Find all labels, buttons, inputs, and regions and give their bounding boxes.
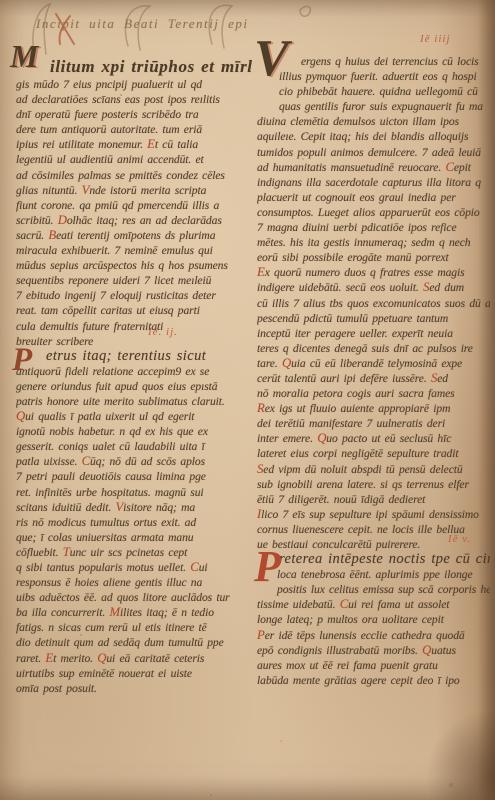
manuscript-line: glias nituntū. Vnde istorū merita script… xyxy=(16,183,254,198)
manuscript-line: epō condignis illustrabatū moribs. Quatu… xyxy=(257,643,490,658)
manuscript-line: dere tum antiquorū autoritate. tum eriā xyxy=(16,122,254,137)
manuscript-line: patla uixisse. Cūq; nō dū ad scōs aplos xyxy=(16,454,254,469)
rubricated-letter: Q xyxy=(317,431,326,445)
rubricated-letter: C xyxy=(82,454,90,468)
ink-text: que; ī colas uniuersitas armata manu xyxy=(16,531,193,544)
rubricated-letter: T xyxy=(63,545,70,559)
manuscript-line: tissime uidebatū. Cui rei fama ut assole… xyxy=(257,597,490,612)
rubricated-letter: P xyxy=(257,628,265,642)
ink-text: dnī operatū fuere posteris scribēdo tra xyxy=(16,108,199,121)
ink-text: inter emere. xyxy=(257,432,317,445)
ink-text: indigere uidebātū. secū eos uoluit. xyxy=(257,281,423,294)
manuscript-line: Qui qualis ī patla uixerit ul qd egerit xyxy=(16,409,254,424)
ink-text: isitore nāq; ma xyxy=(123,501,195,514)
ink-text: genere oriundus fuit apud quos eius epıs… xyxy=(16,380,217,393)
ink-text: responsus ē hoies aliene gentis illuc na xyxy=(16,576,202,589)
rubricated-letter: D xyxy=(58,213,67,227)
ink-text: ilitum xpi triūphos et mīrl xyxy=(50,57,253,76)
ink-text: ui rei fama ut assolet xyxy=(348,598,449,611)
ink-text: t cū talia xyxy=(155,138,198,151)
ink-text: ed xyxy=(437,372,448,385)
ink-text: ui eā caritatē ceteris xyxy=(106,652,204,665)
manuscript-line: sequentibs reponere uideri 7 licet meıle… xyxy=(16,273,254,288)
manuscript-line: patris honore uite merito sublimatus cla… xyxy=(16,394,254,409)
ink-text: longe lateq; p multos ora uolitare cepit xyxy=(257,613,444,626)
ink-text: patla uixisse. xyxy=(16,455,82,468)
ink-text: omīa post posuit. xyxy=(16,682,97,695)
manuscript-line: sacrū. Beati terentij omīpotens ds pluri… xyxy=(16,228,254,243)
manuscript-line: raret. Et merito. Qui eā caritatē ceteri… xyxy=(16,651,254,666)
ink-text: scribitū. xyxy=(16,214,58,227)
ink-text: sacrū. xyxy=(16,229,48,242)
manuscript-line: ergens q huius dei terrencius cū locis xyxy=(257,54,490,69)
manuscript-line: genere oriundus fuit apud quos eius epıs… xyxy=(16,379,254,394)
ink-text: cerūt talentū auri ipi defēre iussēre. xyxy=(257,372,431,385)
manuscript-line: Sed vipm dū noluit abspdi tū pensū delec… xyxy=(257,462,490,477)
manuscript-line: q sibi tantus popularis motus uellet. Cu… xyxy=(16,560,254,575)
manuscript-line: aures mox ut ēē rei fama puenit gratu xyxy=(257,658,490,673)
ink-text: dio detinuit qum ad sedāq dum tumultū pp… xyxy=(16,636,224,649)
ink-text: diuina clemētia demulsos uicton illam ip… xyxy=(257,115,459,128)
manuscript-line: uirtutibs sup eminētē nouerat ei uiste xyxy=(16,666,254,681)
manuscript-line: dio detinuit qum ad sedāq dum tumultū pp… xyxy=(16,635,254,650)
ink-text: mētes. his ita gestis innumeraq; sedm q … xyxy=(257,236,470,249)
ink-text: quas gentilis furor suis expugnauerit fu… xyxy=(279,100,483,113)
ink-text: olhāc itaq; res an ad declarādas xyxy=(67,214,222,227)
manuscript-line: ret. infinitēs urbe hospitatus. magnū su… xyxy=(16,485,254,500)
manuscript-line: illius pymquor fuerit. aduertit eos q ho… xyxy=(257,69,490,84)
manuscript-line: ad cōsimiles palmas se pmittēs condez cē… xyxy=(16,168,254,183)
manuscript-line: diuina clemētia demulsos uicton illam ip… xyxy=(257,114,490,129)
rubricated-letter: C xyxy=(190,560,198,574)
manuscript-line: ris nō modicus tumultus ortus exit. ad xyxy=(16,515,254,530)
ink-text: ad declaratiōes scīans eas post ipos reı… xyxy=(16,93,220,106)
chapter-number-rubric: Iē. ij. xyxy=(148,326,178,338)
manuscript-line: etrus itaq; terentius sicut xyxy=(16,349,254,364)
ink-text: indignans illa sacerdotale capturus illa… xyxy=(257,176,481,189)
ink-text: ret. infinitēs urbe hospitatus. magnū su… xyxy=(16,486,204,499)
manuscript-line: Rex igs ut fluuio auiente appropiarē ipm xyxy=(257,401,490,416)
ink-text: aquileıe. Cepit itaq; his dei blandis al… xyxy=(257,130,468,143)
header-rubric: Incipit uita Beati Terentij epi xyxy=(36,16,266,32)
manuscript-line: lateret eius corpi negligētē sepulture t… xyxy=(257,446,490,461)
rubricated-letter: R xyxy=(257,401,265,415)
manuscript-line: longe lateq; p multos ora uolitare cepit xyxy=(257,612,490,627)
ink-text: labūda mente grātias agere cepit deo ī i… xyxy=(257,674,460,687)
ink-text: legentiū ul audientiū animi accendūt. et xyxy=(16,153,204,166)
ink-text: epō condignis illustrabatū moribs. xyxy=(257,644,422,657)
rubricated-letter: C xyxy=(445,160,453,174)
ink-text: mūdus sepius arcūspectos his q hos psume… xyxy=(16,259,228,272)
manuscript-line: ipius rei utilitate monemur. Et cū talia xyxy=(16,137,254,152)
manuscript-line: indigere uidebātū. secū eos uoluit. Sed … xyxy=(257,280,490,295)
ink-text: uirtutibs sup eminētē nouerat ei uiste xyxy=(16,667,192,680)
manuscript-line: que; ī colas uniuersitas armata manu xyxy=(16,530,254,545)
chapter-number-rubric: Iē v. xyxy=(448,533,471,545)
manuscript-line: scribitū. Dolhāc itaq; res an ad declarā… xyxy=(16,213,254,228)
ink-text: teres q dicentes denegā suis dnī ac puls… xyxy=(257,342,473,355)
manuscript-line: ad humanitatis mansuetudinē reuocare. Ce… xyxy=(257,160,490,175)
ink-text: uia cū eū liberandē telymosinā expe xyxy=(291,357,462,370)
left-column-text: ilitum xpi triūphos et mīrlgis mūdo 7 ei… xyxy=(16,56,254,704)
initial-letter: M xyxy=(10,38,38,74)
manuscript-line: reat. tam cōpellit caritas ut eiusq part… xyxy=(16,303,254,318)
initial-v-vergens: VV xyxy=(254,33,289,85)
ink-text: ad humanitatis mansuetudinē reuocare. xyxy=(257,161,445,174)
ink-text: reat. tam cōpellit caritas ut eiusq part… xyxy=(16,304,200,317)
manuscript-line: tare. Quia cū eū liberandē telymosinā ex… xyxy=(257,356,490,371)
rubricated-letter: Q xyxy=(16,409,25,423)
initial-p-petrus: P xyxy=(12,344,32,377)
ink-text: miracula exhibuerit. 7 neminē emulus qui xyxy=(16,244,213,257)
rubricated-letter: E xyxy=(45,651,53,665)
manuscript-line: placuerit ut cognouit eos graui inedia p… xyxy=(257,190,490,205)
manuscript-line: consumptos. Lueget alios apparuerūt eos … xyxy=(257,205,490,220)
manuscript-line: quas gentilis furor suis expugnauerit fu… xyxy=(257,99,490,114)
manuscript-line: inter emere. Quo pacto ut eū seclusū hīc xyxy=(257,431,490,446)
manuscript-line: responsus ē hoies aliene gentis illuc na xyxy=(16,575,254,590)
manuscript-line: pescendū pdictū tumulū ppetuare tantum xyxy=(257,311,490,326)
initial-letter: P xyxy=(254,542,281,591)
ink-text: dere tum antiquorū autoritate. tum eriā xyxy=(16,123,202,136)
ink-text: uibs aduēctos ēē. ad quos litore auclādo… xyxy=(16,591,230,604)
ink-text: nde istorū merita scripta xyxy=(89,184,206,197)
manuscript-line: breuiter scribere xyxy=(16,334,254,349)
ink-text: 7 magna diuini uerbi pdicatiōe ipos refi… xyxy=(257,221,457,234)
manuscript-line: ētiū 7 diligerēt. nouū īdigā dedieret xyxy=(257,492,490,507)
ink-text: epit xyxy=(454,161,471,174)
manuscript-line: miracula exhibuerit. 7 neminē emulus qui xyxy=(16,243,254,258)
ink-text: eorū sibi possibile erogāte manū porrext xyxy=(257,251,449,264)
ink-text: q sibi tantus popularis motus uellet. xyxy=(16,561,190,574)
ink-text: uatus xyxy=(431,644,456,657)
manuscript-line: ad declaratiōes scīans eas post ipos reı… xyxy=(16,92,254,107)
ink-text: aures mox ut ēē rei fama puenit gratu xyxy=(257,659,438,672)
manuscript-line: gis mūdo 7 eius pncipij pualuerit ul qd xyxy=(16,77,254,92)
manuscript-line: 7 magna diuini uerbi pdicatiōe ipos refi… xyxy=(257,220,490,235)
ink-text: 7 ebitudo ingenij 7 eloquij rusticitas d… xyxy=(16,289,216,302)
manuscript-line: tumidos populi animos demulcere. 7 adeā … xyxy=(257,145,490,160)
ink-text: lico 7 eīs sup sepulture ipi spāumi dens… xyxy=(261,508,479,521)
manuscript-line: fatigs. n sicas cum rerū ul etis itinere… xyxy=(16,620,254,635)
manuscript-line: aquileıe. Cepit itaq; his dei blandis al… xyxy=(257,129,490,144)
ink-text: cornus liuenescere cepit. ne locis ille … xyxy=(257,523,465,536)
ink-text: positis lux celitus emissa sup scā corpo… xyxy=(277,583,490,596)
ink-text: placuerit ut cognouit eos graui inedia p… xyxy=(257,191,456,204)
ink-text: ipius rei utilitate monemur. xyxy=(16,138,147,151)
ink-text: x quorū numero duos q fratres esse magis xyxy=(265,266,465,279)
ink-text: ba illa concurrerit. xyxy=(16,606,109,619)
ink-text: tare. xyxy=(257,357,282,370)
initial-m-militum: MM xyxy=(10,40,38,72)
rubricated-letter: C xyxy=(340,597,348,611)
ink-text: ui qualis ī patla uixerit ul qd egerit xyxy=(25,410,194,423)
manuscript-line: Ex quorū numero duos q fratres esse magi… xyxy=(257,265,490,280)
ink-text: fiunt corone. qa pmiū qd pmercendū illis… xyxy=(16,199,219,212)
manuscript-line: reterea intēpeste noctis tpe cū circa xyxy=(257,552,490,567)
initial-letter: P xyxy=(12,342,32,378)
ink-speck xyxy=(120,94,122,96)
ink-text: er idē tēps lunensis ecclie cathedra quo… xyxy=(265,629,465,642)
manuscript-line: cio phibebāt hauere. quidna uellegomū cū xyxy=(257,84,490,99)
ink-text: cū illis 7 alius tbs quos excomunicatos … xyxy=(257,297,490,310)
ink-text: eati terentij omīpotens ds plurima xyxy=(56,229,215,242)
rubricated-letter: M xyxy=(109,605,120,619)
ink-text: gesserit. coniqs ualet cū laudabili uita… xyxy=(16,440,205,453)
ink-text: raret. xyxy=(16,652,45,665)
manuscript-line: dei terētiū manifestare 7 uulneratis der… xyxy=(257,416,490,431)
manuscript-line: antiquorū fideli relatione accepim9 ex s… xyxy=(16,364,254,379)
ink-text: cio phibebāt hauere. quidna uellegomū cū xyxy=(279,85,478,98)
ink-text: 7 petri pauli deuotiōis causa limina pge xyxy=(16,470,206,483)
rubricated-letter: E xyxy=(147,137,155,151)
ink-text: patris honore uite merito sublimatus cla… xyxy=(16,395,225,408)
chapter-number-rubric: Iē iiij xyxy=(420,33,451,45)
ink-text: fatigs. n sicas cum rerū ul etis itinere… xyxy=(16,621,207,634)
right-column-text: ergens q huius dei terrencius cū locisil… xyxy=(257,54,490,696)
manuscript-line: omīa post posuit. xyxy=(16,681,254,696)
ink-text: ētiū 7 diligerēt. nouū īdigā dedieret xyxy=(257,493,425,506)
manuscript-line: cū illis 7 alius tbs quos excomunicatos … xyxy=(257,296,490,311)
ink-text: sequentibs reponere uideri 7 licet meıle… xyxy=(16,274,211,287)
rubricated-letter: Q xyxy=(97,651,106,665)
rubricated-letter: E xyxy=(257,265,265,279)
manuscript-line: labūda mente grātias agere cepit deo ī i… xyxy=(257,673,490,688)
initial-letter: V xyxy=(254,30,289,87)
ink-text: tumidos populi animos demulcere. 7 adeā … xyxy=(257,146,481,159)
ink-text: loca tenebrosa ēēnt. aplurimis ppe ilong… xyxy=(277,568,473,581)
manuscript-line: indignans illa sacerdotale capturus illa… xyxy=(257,175,490,190)
manuscript-line: positis lux celitus emissa sup scā corpo… xyxy=(257,582,490,597)
ink-text: gis mūdo 7 eius pncipij pualuerit ul qd xyxy=(16,78,202,91)
manuscript-line: sub ignobili arena latere. si qs terrenu… xyxy=(257,477,490,492)
ink-text: lateret eius corpi negligētē sepulture t… xyxy=(257,447,458,460)
manuscript-line: cōfluebit. Tunc uir scs pcinetas cept xyxy=(16,545,254,560)
ink-text: scitans iduitiū dedit. xyxy=(16,501,115,514)
rubricated-letter: Q xyxy=(282,356,291,370)
manuscript-line: fiunt corone. qa pmiū qd pmercendū illis… xyxy=(16,198,254,213)
manuscript-line: gesserit. coniqs ualet cū laudabili uita… xyxy=(16,439,254,454)
manuscript-line: dnī operatū fuere posteris scribēdo tra xyxy=(16,107,254,122)
manuscript-line: scitans iduitiū dedit. Visitore nāq; ma xyxy=(16,500,254,515)
ink-text: illius pymquor fuerit. aduertit eos q ho… xyxy=(279,70,477,83)
ink-text: ris nō modicus tumultus ortus exit. ad xyxy=(16,516,196,529)
ink-text: antiquorū fideli relatione accepim9 ex s… xyxy=(16,365,209,378)
initial-p-preterea: P xyxy=(254,545,281,589)
ink-text: ed vipm dū noluit abspdi tū pensū delect… xyxy=(263,463,462,476)
ink-text: glias nituntū. xyxy=(16,184,82,197)
ink-text: ui xyxy=(199,561,208,574)
manuscript-line: Ilico 7 eīs sup sepulture ipi spāumi den… xyxy=(257,507,490,522)
manuscript-line: eorū sibi possibile erogāte manū porrext xyxy=(257,250,490,265)
manuscript-line: uibs aduēctos ēē. ad quos litore auclādo… xyxy=(16,590,254,605)
manuscript-line: loca tenebrosa ēēnt. aplurimis ppe ilong… xyxy=(257,567,490,582)
ink-text: cula demultis future fraternitati xyxy=(16,320,163,333)
manuscript-line: 7 ebitudo ingenij 7 eloquij rusticitas d… xyxy=(16,288,254,303)
ink-text: ūq; nō dū ad scōs aplos xyxy=(90,455,205,468)
rubricated-letter: B xyxy=(48,228,56,242)
ink-text: dei terētiū manifestare 7 uulneratis der… xyxy=(257,417,445,430)
ink-text: ergens q huius dei terrencius cū locis xyxy=(301,55,479,68)
ink-text: ilites itaq; ē n tedio xyxy=(120,606,214,619)
manuscript-line: ba illa concurrerit. Milites itaq; ē n t… xyxy=(16,605,254,620)
manuscript-line: nō moralia petora cogis auri sacra fames xyxy=(257,386,490,401)
ink-text: consumptos. Lueget alios apparuerūt eos … xyxy=(257,206,480,219)
ink-text: reterea intēpeste noctis tpe cū circa xyxy=(279,551,490,567)
ink-text: ue bestiaui conculcarētū puirerere. xyxy=(257,538,420,551)
ink-text: ed dum xyxy=(429,281,464,294)
ink-text: ex igs ut fluuio auiente appropiarē ipm xyxy=(265,402,451,415)
manuscript-line: 7 petri pauli deuotiōis causa limina pge xyxy=(16,469,254,484)
ink-text: etrus itaq; terentius sicut xyxy=(46,348,206,364)
ink-text: inceptū iter peragere ueller. experīt ne… xyxy=(257,327,453,340)
ink-text: uo pacto ut eū seclusū hīc xyxy=(326,432,451,445)
manuscript-line: mētes. his ita gestis innumeraq; sedm q … xyxy=(257,235,490,250)
ink-text: t merito. xyxy=(53,652,97,665)
manuscript-line: mūdus sepius arcūspectos his q hos psume… xyxy=(16,258,254,273)
ink-text: pescendū pdictū tumulū ppetuare tantum xyxy=(257,312,448,325)
ink-text: cōfluebit. xyxy=(16,546,63,559)
manuscript-line: ignotū nobis habetur. n qd ex his que ex xyxy=(16,424,254,439)
manuscript-line: teres q dicentes denegā suis dnī ac puls… xyxy=(257,341,490,356)
ink-text: sub ignobili arena latere. si qs terrenu… xyxy=(257,478,469,491)
manuscript-line: inceptū iter peragere ueller. experīt ne… xyxy=(257,326,490,341)
ink-text: tissime uidebatū. xyxy=(257,598,340,611)
ink-text: ad cōsimiles palmas se pmittēs condez cē… xyxy=(16,169,225,182)
manuscript-photo: Incipit uita Beati Terentij epi ilitum x… xyxy=(0,0,495,800)
manuscript-line: cula demultis future fraternitati xyxy=(16,319,254,334)
manuscript-line: Per idē tēps lunensis ecclie cathedra qu… xyxy=(257,628,490,643)
rubricated-letter: Q xyxy=(422,643,431,657)
manuscript-line: ilitum xpi triūphos et mīrl xyxy=(16,56,254,77)
manuscript-line: cerūt talentū auri ipi defēre iussēre. S… xyxy=(257,371,490,386)
ink-text: nō moralia petora cogis auri sacra fames xyxy=(257,387,455,400)
ink-text: unc uir scs pcinetas cept xyxy=(70,546,187,559)
ink-text: ignotū nobis habetur. n qd ex his que ex xyxy=(16,425,208,438)
manuscript-line: legentiū ul audientiū animi accendūt. et xyxy=(16,152,254,167)
